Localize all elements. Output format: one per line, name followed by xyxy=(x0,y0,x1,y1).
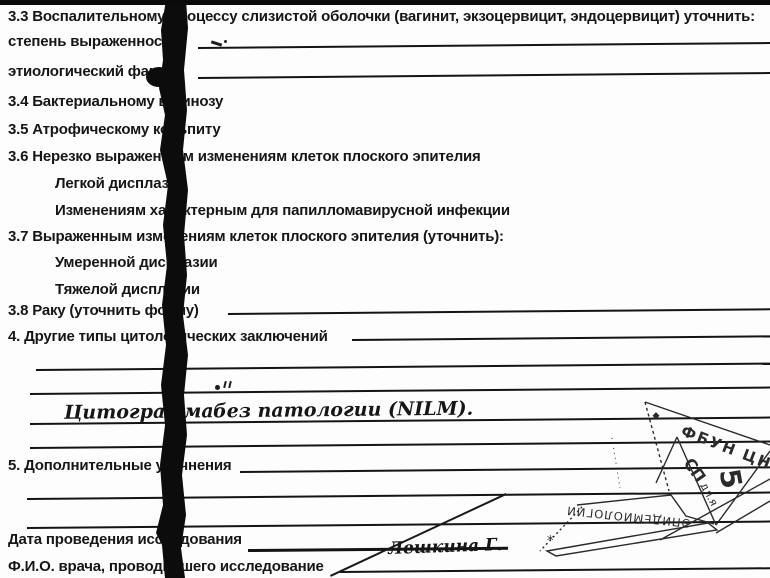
stamp-border-line xyxy=(716,501,770,533)
band-blob xyxy=(146,67,172,87)
stamp-border-line xyxy=(656,437,677,483)
blank-line-other-conclusions xyxy=(352,335,770,341)
stamp-speckle-trail xyxy=(612,438,620,488)
stamp-asterisk: * xyxy=(547,534,554,549)
institution-stamp: ФБУН ЦНИИ ЭПИДЕМИОЛОГИИ СП дл.я 5 * xyxy=(520,383,770,578)
form-item-3-7a: Умеренной дисплазии xyxy=(55,254,218,272)
date-label: Дата проведения исследования xyxy=(8,531,242,549)
ink-smudge xyxy=(228,381,232,388)
ink-smudge xyxy=(211,40,222,46)
ink-smudge xyxy=(223,381,227,388)
conclusion-word-2: без патологии (NILM). xyxy=(213,398,473,423)
scan-artifact-vertical-band xyxy=(146,0,192,578)
blank-line-cancer-form xyxy=(228,308,770,315)
blank-line-severity xyxy=(198,42,770,49)
form-item-3-7: 3.7 Выраженным изменениям клеток плоског… xyxy=(8,228,504,246)
form-item-3-6: 3.6 Нерезко выраженным изменениям клеток… xyxy=(8,148,481,166)
ink-smudge xyxy=(215,385,220,390)
form-item-3-3: 3.3 Воспалительному процессу слизистой о… xyxy=(8,8,755,26)
stamp-org-line2: ЭПИДЕМИОЛОГИИ xyxy=(565,504,690,531)
form-item-3-6b: Изменениям характерным для папилломавиру… xyxy=(55,202,510,220)
scanned-cytology-form: 3.3 Воспалительному процессу слизистой о… xyxy=(0,0,770,578)
stamp-mark xyxy=(652,412,659,419)
form-item-5: 5. Дополнительные уточнения xyxy=(8,457,231,475)
blank-line-etiology xyxy=(198,72,770,79)
scan-artifact-top-bar xyxy=(0,0,770,5)
ink-smudge xyxy=(224,40,227,43)
stamp-bottom-frame xyxy=(547,523,717,556)
